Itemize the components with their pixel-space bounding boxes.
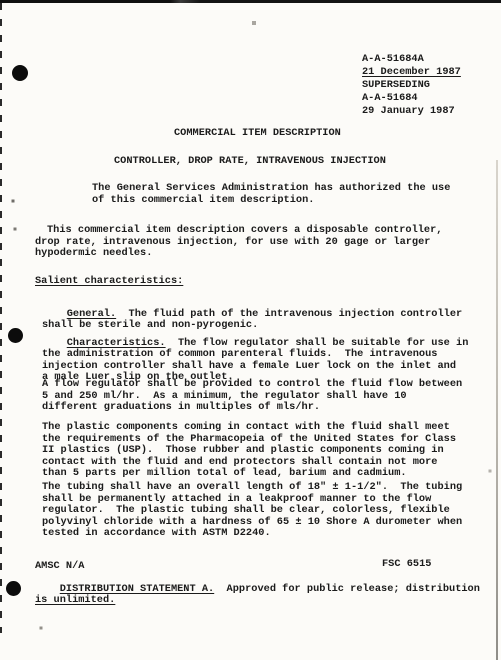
document-id-block: A-A-51684A 21 December 1987 SUPERSEDING … (362, 53, 461, 118)
salient-characteristics-heading: Salient characteristics: (35, 276, 183, 288)
amsc-number: AMSC N/A (35, 561, 84, 573)
tubing-requirements-paragraph: The tubing shall have an overall length … (42, 482, 462, 540)
distribution-statement-tail: is unlimited. (35, 594, 115, 606)
characteristics-lead: Characteristics. (67, 337, 166, 349)
superseding-label: SUPERSEDING (362, 79, 461, 92)
superseded-document-number: A-A-51684 (362, 92, 461, 105)
scan-speckles (0, 0, 2, 2)
authorization-note: The General Services Administration has … (92, 183, 450, 206)
general-lead: General. (67, 308, 116, 320)
document-number: A-A-51684A (362, 53, 461, 66)
superseded-document-date: 29 January 1987 (362, 105, 461, 118)
document-subtitle: CONTROLLER, DROP RATE, INTRAVENOUS INJEC… (114, 156, 386, 168)
scan-border-left (0, 3, 2, 633)
scan-border-top (0, 0, 501, 3)
flow-regulator-paragraph: A flow regulator shall be provided to co… (42, 379, 462, 414)
scanned-document-page: A-A-51684A 21 December 1987 SUPERSEDING … (0, 0, 501, 660)
fsc-code: FSC 6515 (382, 559, 431, 571)
hole-punch-mark (12, 65, 28, 81)
scan-border-right (496, 160, 498, 660)
plastics-requirements-paragraph: The plastic components coming in contact… (42, 422, 456, 480)
distribution-statement-lead: DISTRIBUTION STATEMENT A. (60, 583, 214, 595)
document-title: COMMERCIAL ITEM DESCRIPTION (174, 128, 341, 140)
hole-punch-mark (8, 328, 23, 343)
distribution-statement-body: Approved for public release; distributio… (214, 583, 480, 595)
hole-punch-mark (6, 581, 21, 596)
document-date: 21 December 1987 (362, 66, 461, 79)
distribution-statement: DISTRIBUTION STATEMENT A. Approved for p… (35, 572, 480, 618)
scope-paragraph: This commercial item description covers … (35, 225, 442, 260)
